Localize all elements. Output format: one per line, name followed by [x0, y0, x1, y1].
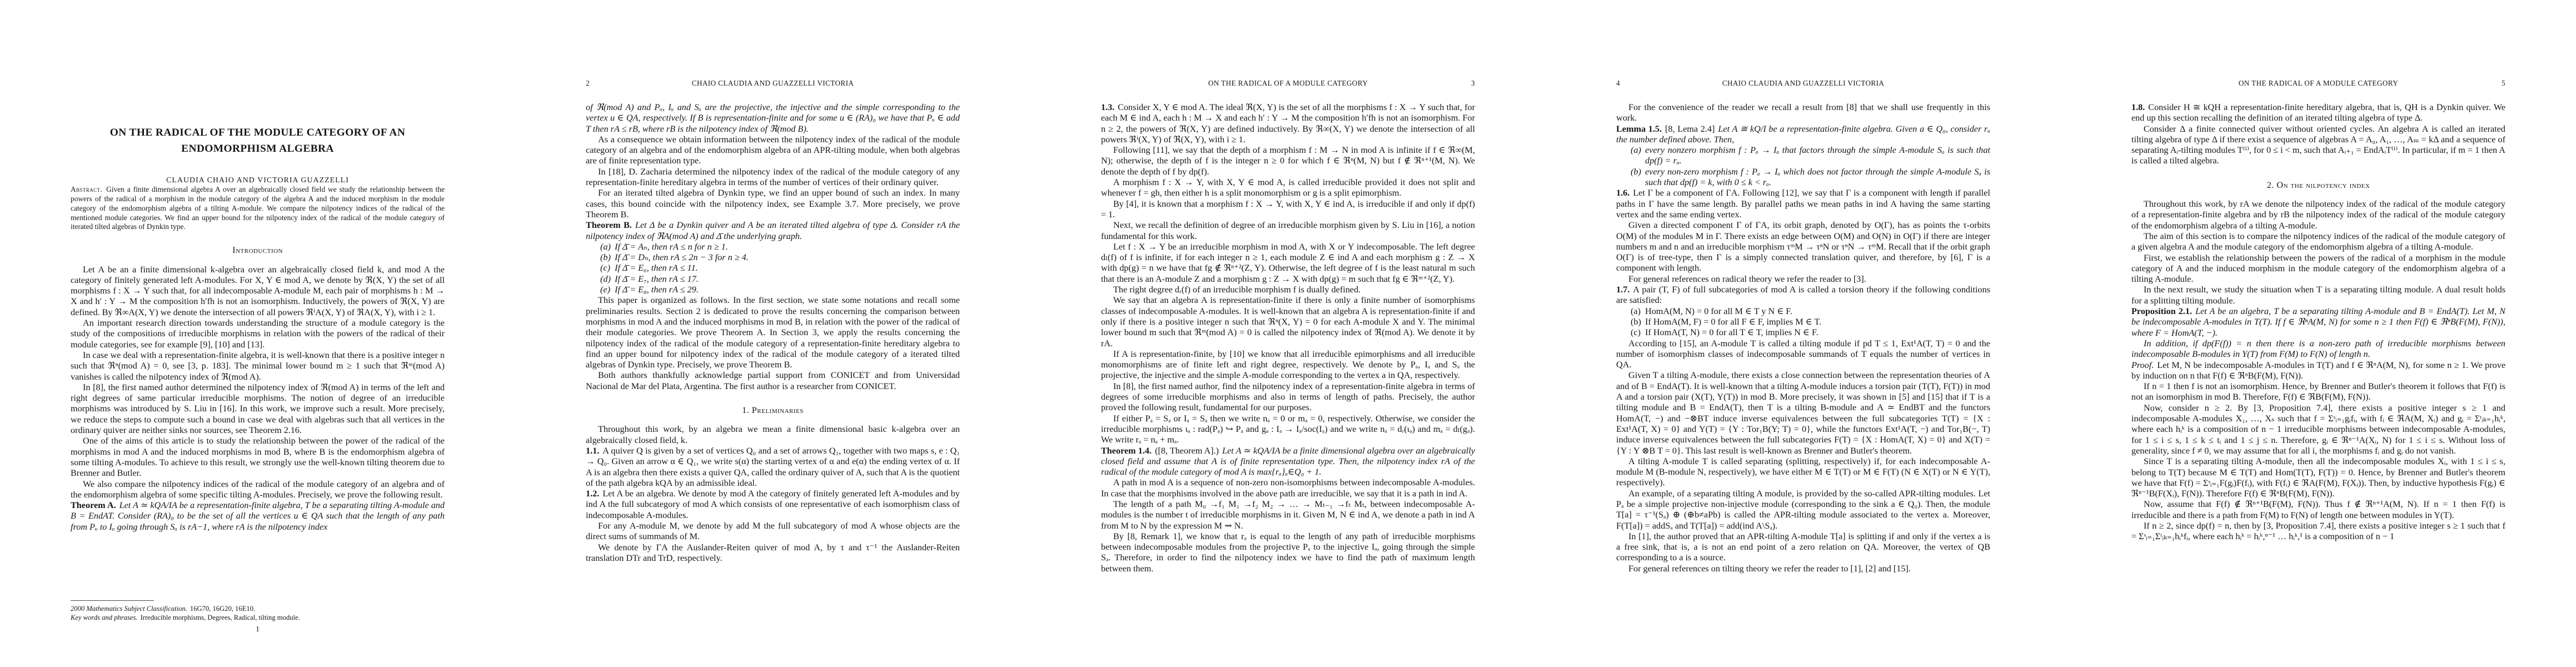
subsection-number: 1.7.: [1616, 285, 1630, 295]
paragraph: If A is representation-finite, by [10] w…: [1101, 349, 1475, 381]
paragraph: For any A-module M, we denote by add M t…: [586, 521, 960, 542]
list-item-text: If Δ̄ = E₆, then rA ≤ 11.: [615, 263, 698, 273]
list-item: (a)every nonzero morphism f : Pₐ → Iₐ th…: [1616, 145, 1990, 167]
footnote-text: Irreducible morphisms, Degrees, Radical,…: [141, 614, 300, 621]
subsection-text: A pair (T, F) of full subcategories of m…: [1616, 285, 1990, 305]
running-head-title: ON THE RADICAL OF A MODULE CATEGORY: [2154, 79, 2483, 88]
section-heading: 1. Preliminaries: [586, 405, 960, 416]
footnote-rule: [71, 600, 154, 601]
paragraph: For general references on tilting theory…: [1616, 564, 1990, 574]
abstract: Abstract.Given a finite dimensional alge…: [71, 185, 445, 232]
numbered-subsection: 1.6.Let Γ be a component of ΓA. Followin…: [1616, 188, 1990, 220]
list-item: (c)If Δ̄ = E₆, then rA ≤ 11.: [586, 263, 960, 273]
paper-authors: CLAUDIA CHAIO AND VICTORIA GUAZZELLI: [71, 175, 445, 185]
list-item: (a)HomA(M, N) = 0 for all M ∈ T y N ∈ F.: [1616, 306, 1990, 317]
paragraph: A tilting A-module T is called separatin…: [1616, 456, 1990, 489]
page-4: 4CHAIO CLAUDIA AND GUAZZELLI VICTORIAFor…: [1546, 0, 2061, 667]
paragraph: In [18], D. Zacharia determined the nilp…: [586, 167, 960, 188]
page-5: ON THE RADICAL OF A MODULE CATEGORY51.8.…: [2061, 0, 2576, 667]
paragraph: The right degree dᵣ(f) of an irreducible…: [1101, 285, 1475, 295]
list-item-text: If Δ̄ = Aₙ, then rA ≤ n for n ≥ 1.: [615, 242, 728, 252]
paragraph-italic: In addition, if dp(F(f)) = n then there …: [2131, 339, 2505, 360]
list-marker: (c): [1631, 327, 1641, 338]
list-item: (c)If HomA(T, N) = 0 for all T ∈ T, impl…: [1616, 327, 1990, 338]
numbered-subsection: 1.2.Let A be an algebra. We denote by mo…: [586, 489, 960, 521]
paragraph: According to [15], an A-module T is call…: [1616, 339, 1990, 371]
abstract-text: Given a finite dimensional algebra A ove…: [71, 185, 445, 231]
paragraph: If either Pₐ = Sₐ or Iₐ = Sₐ then we wri…: [1101, 414, 1475, 446]
theorem: Proposition 2.1.Let A be an algebra, T b…: [2131, 306, 2505, 339]
running-head: 4CHAIO CLAUDIA AND GUAZZELLI VICTORIA: [1616, 0, 1990, 88]
header-page-number-right: [1968, 79, 1990, 88]
page-number: 1: [71, 625, 445, 634]
header-page-number-left: 2: [586, 79, 608, 88]
theorem: Lemma 1.5.[8, Lema 2.4]Let A ≅ kQ/I be a…: [1616, 124, 1990, 146]
subsection-text: Let A be an algebra. We denote by mod A …: [586, 489, 960, 520]
list-marker: (a): [1631, 145, 1641, 156]
list-marker: (a): [1631, 306, 1641, 317]
list-item-text: If Δ̄ = E₇, then rA ≤ 17.: [615, 274, 699, 284]
paragraph: For an iterated tilted algebra of Dynkin…: [586, 188, 960, 220]
list-item-text: every nonzero morphism f : Pₐ → Iₐ that …: [1645, 145, 1990, 166]
paragraph: First, we establish the relationship bet…: [2131, 253, 2505, 285]
header-page-number-left: 4: [1616, 79, 1638, 88]
section-heading: 2. On the nilpotency index: [2131, 180, 2505, 191]
paragraph: In case we deal with a representation-fi…: [71, 350, 445, 382]
page-3: ON THE RADICAL OF A MODULE CATEGORY31.3.…: [1030, 0, 1546, 667]
list-marker: (a): [600, 242, 611, 252]
paragraph: We denote by ΓA the Auslander-Reiten qui…: [586, 542, 960, 564]
subsection-text: Consider X, Y ∈ mod A. The ideal ℜ(X, Y)…: [1101, 102, 1475, 145]
header-page-number-left: [1101, 79, 1123, 88]
list-marker: (b): [600, 252, 611, 263]
running-head-title: ON THE RADICAL OF A MODULE CATEGORY: [1123, 79, 1453, 88]
running-head-title: CHAIO CLAUDIA AND GUAZZELLI VICTORIA: [1638, 79, 1968, 88]
paragraph: In the next result, we study the situati…: [2131, 285, 2505, 306]
paragraph: Since T is a separating tilting A-module…: [2131, 456, 2505, 499]
paragraph: This paper is organized as follows. In t…: [586, 295, 960, 370]
paragraph: One of the aims of this article is to st…: [71, 436, 445, 479]
numbered-subsection: 1.7.A pair (T, F) of full subcategories …: [1616, 285, 1990, 306]
subsection-text: Consider H ≅ kQH a representation-finite…: [2131, 102, 2505, 123]
subsection-number: 1.6.: [1616, 188, 1630, 198]
paragraph: The length of a path M₀ →f₁ M₁ →f₂ M₂ → …: [1101, 499, 1475, 531]
abstract-label: Abstract.: [71, 185, 102, 193]
page-2: 2CHAIO CLAUDIA AND GUAZZELLI VICTORIAof …: [515, 0, 1030, 667]
list-item: (b)every non-zero morphism f : Pₐ → Iₐ w…: [1616, 167, 1990, 188]
list-item-text: If HomA(T, N) = 0 for all T ∈ T, implies…: [1645, 327, 1818, 337]
theorem: Theorem 1.4.([8, Theorem A].)Let A ≃ kQA…: [1101, 446, 1475, 478]
paragraph: Let A be an a finite dimensional k-algeb…: [71, 265, 445, 318]
theorem-continuation: of ℜ(mod A) and Pᵤ, Iᵤ and Sᵤ are the pr…: [586, 102, 960, 135]
paragraph: As a consequence we obtain information b…: [586, 135, 960, 167]
page-body: of ℜ(mod A) and Pᵤ, Iᵤ and Sᵤ are the pr…: [586, 102, 960, 564]
subsection-number: 1.3.: [1101, 102, 1114, 112]
theorem-label: Proposition 2.1.: [2131, 306, 2192, 316]
theorem: Theorem A.Let A ≃ kQA/IA be a representa…: [71, 500, 445, 532]
theorem-label: Theorem A.: [71, 500, 116, 510]
list-item: (b)If Δ̄ = Dₙ, then rA ≤ 2n − 3 for n ≥ …: [586, 252, 960, 263]
paragraph: We say that an algebra A is representati…: [1101, 295, 1475, 349]
paragraph: By [4], it is known that a morphism f : …: [1101, 199, 1475, 221]
list-item-text: HomA(M, N) = 0 for all M ∈ T y N ∈ F.: [1645, 306, 1792, 316]
list-marker: (b): [1631, 317, 1641, 327]
paragraph: In [1], the author proved that an APR-ti…: [1616, 531, 1990, 564]
footnote-block: 2000 Mathematics Subject Classification.…: [71, 600, 445, 622]
paragraph: In [8], the first named author, find the…: [1101, 381, 1475, 414]
paragraph: We also compare the nilpotency indices o…: [71, 479, 445, 501]
paragraph: Throughout this work, by an algebra we m…: [586, 424, 960, 446]
theorem-text: Let Δ be a Dynkin quiver and A be an ite…: [586, 220, 960, 241]
paragraph: In [8], the first named author determine…: [71, 382, 445, 436]
theorem-reference: [8, Lema 2.4]: [1665, 124, 1715, 134]
list-item: (b)If HomA(M, F) = 0 for all F ∈ F, impl…: [1616, 317, 1990, 327]
header-page-number-right: 3: [1453, 79, 1475, 88]
paragraph: A morphism f : X → Y, with X, Y ∈ mod A,…: [1101, 177, 1475, 199]
numbered-subsection: 1.8.Consider H ≅ kQH a representation-fi…: [2131, 102, 2505, 124]
list-item: (e)If Δ̄ = E₈, then rA ≤ 29.: [586, 285, 960, 295]
paragraph: Given a directed component Γ of ΓA, its …: [1616, 220, 1990, 273]
subsection-text: Let Γ be a component of ΓA. Following [1…: [1616, 188, 1990, 220]
paragraph: By [8, Remark 1], we know that rₐ is equ…: [1101, 531, 1475, 574]
running-head: ON THE RADICAL OF A MODULE CATEGORY3: [1101, 0, 1475, 88]
list-item: (d)If Δ̄ = E₇, then rA ≤ 17.: [586, 274, 960, 285]
list-item-text: every non-zero morphism f : Pₐ → Iₐ whic…: [1645, 167, 1990, 187]
paragraph: Throughout this work, by rA we denote th…: [2131, 199, 2505, 231]
header-page-number-left: [2131, 79, 2154, 88]
running-head: 2CHAIO CLAUDIA AND GUAZZELLI VICTORIA: [586, 0, 960, 88]
subsection-number: 1.2.: [586, 489, 599, 499]
section-heading: Introduction: [71, 245, 445, 256]
pages-root: ON THE RADICAL OF THE MODULE CATEGORY OF…: [0, 0, 2576, 667]
paragraph: An example, of a separating tilting A mo…: [1616, 489, 1990, 531]
list-item-text: If Δ̄ = E₈, then rA ≤ 29.: [615, 285, 699, 295]
list-marker: (b): [1631, 167, 1641, 177]
theorem-label: Lemma 1.5.: [1616, 124, 1662, 134]
theorem-text: Let A ≃ kQA/IA be a representation-finit…: [71, 500, 445, 532]
theorem-reference: ([8, Theorem A].): [1155, 446, 1219, 456]
list-item-text: If HomA(M, F) = 0 for all F ∈ F, implies…: [1645, 317, 1821, 327]
page-body: 1.3.Consider X, Y ∈ mod A. The ideal ℜ(X…: [1101, 102, 1475, 574]
running-head-title: CHAIO CLAUDIA AND GUAZZELLI VICTORIA: [608, 79, 938, 88]
theorem: Theorem B.Let Δ be a Dynkin quiver and A…: [586, 220, 960, 242]
paragraph: Let f : X → Y be an irreducible morphism…: [1101, 242, 1475, 285]
paragraph: If n = 1 then f is not an isomorphism. H…: [2131, 381, 2505, 403]
page-1: ON THE RADICAL OF THE MODULE CATEGORY OF…: [0, 0, 515, 667]
paragraph: Given T a tilting A-module, there exists…: [1616, 370, 1990, 456]
paragraph: If n ≥ 2, since dp(f) = n, then by [3, P…: [2131, 521, 2505, 542]
footnote-text: 16G70, 16G20, 16E10.: [190, 605, 255, 613]
paragraph: A path in mod A is a sequence of non-zer…: [1101, 477, 1475, 499]
numbered-subsection: 1.3.Consider X, Y ∈ mod A. The ideal ℜ(X…: [1101, 102, 1475, 145]
paragraph: For the convenience of the reader we rec…: [1616, 102, 1990, 124]
theorem-label: Theorem B.: [586, 220, 632, 230]
subsection-number: 1.8.: [2131, 102, 2145, 112]
paragraph: The aim of this section is to compare th…: [2131, 231, 2505, 253]
footnote-line: Key words and phrases.Irreducible morphi…: [71, 614, 445, 623]
list-marker: (e): [600, 285, 610, 295]
paragraph: Now, assume that F(f) ∉ ℜⁿ⁺¹B(F(M), F(N)…: [2131, 499, 2505, 521]
header-page-number-right: [938, 79, 960, 88]
subsection-text: A quiver Q is given by a set of vertices…: [586, 446, 960, 488]
list-item: (a)If Δ̄ = Aₙ, then rA ≤ n for n ≥ 1.: [586, 242, 960, 252]
paragraph: Consider Δ a finite connected quiver wit…: [2131, 124, 2505, 167]
footnote-line: 2000 Mathematics Subject Classification.…: [71, 605, 445, 614]
subsection-number: 1.1.: [586, 446, 599, 456]
paragraph: Both authors thankfully acknowledge part…: [586, 370, 960, 392]
footnote-label: 2000 Mathematics Subject Classification.: [71, 605, 187, 613]
theorem-label: Theorem 1.4.: [1101, 446, 1152, 456]
paragraph: Now, consider n ≥ 2. By [3, Proposition …: [2131, 403, 2505, 456]
proof: Proof.Let M, N be indecomposable A-modul…: [2131, 360, 2505, 382]
footnote-label: Key words and phrases.: [71, 614, 138, 621]
numbered-subsection: 1.1.A quiver Q is given by a set of vert…: [586, 446, 960, 489]
list-item-text: If Δ̄ = Dₙ, then rA ≤ 2n − 3 for n ≥ 4.: [615, 252, 749, 262]
running-head: ON THE RADICAL OF A MODULE CATEGORY5: [2131, 0, 2505, 88]
proof-label: Proof.: [2131, 360, 2154, 370]
page-body: 1.8.Consider H ≅ kQH a representation-fi…: [2131, 102, 2505, 542]
page-body: For the convenience of the reader we rec…: [1616, 102, 1990, 574]
header-page-number-right: 5: [2483, 79, 2505, 88]
paragraph: An important research direction towards …: [71, 318, 445, 350]
paragraph: Following [11], we say that the depth of…: [1101, 145, 1475, 177]
list-marker: (d): [600, 274, 611, 285]
paragraph: For general references on radical theory…: [1616, 274, 1990, 285]
paragraph: Next, we recall the definition of degree…: [1101, 220, 1475, 242]
paper-title: ON THE RADICAL OF THE MODULE CATEGORY OF…: [81, 125, 435, 157]
page-body: ON THE RADICAL OF THE MODULE CATEGORY OF…: [71, 125, 445, 532]
proof-text: Let M, N be indecomposable A-modules in …: [2131, 360, 2505, 381]
list-marker: (c): [600, 263, 610, 273]
